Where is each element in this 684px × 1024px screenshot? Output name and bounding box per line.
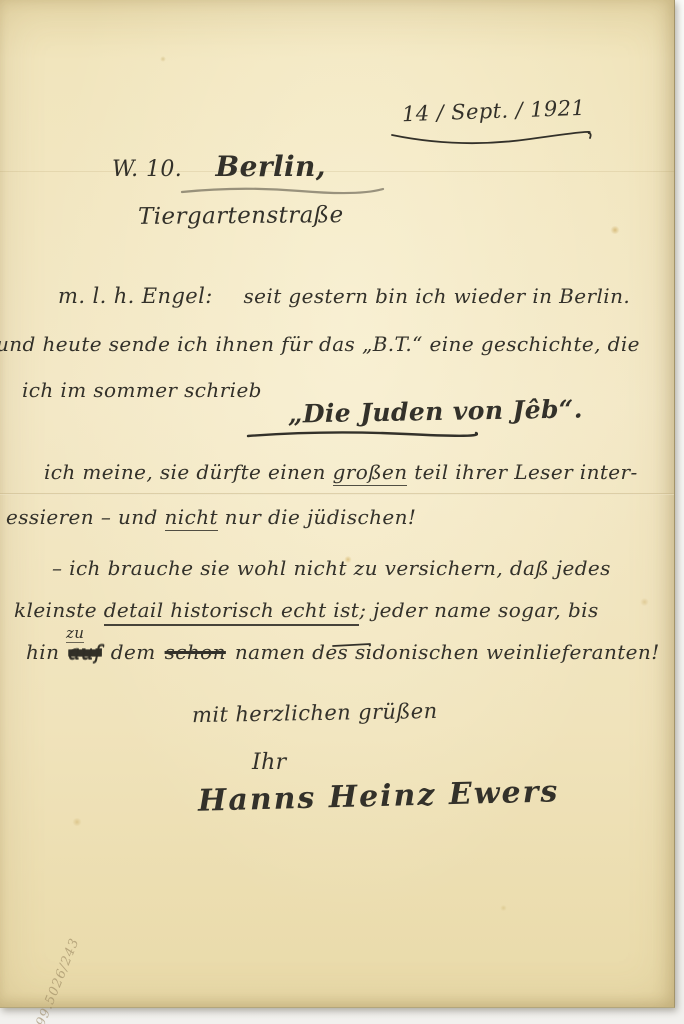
- body-line-8-corrections: hinaufdemschonnamen des sidonischen wein…: [26, 640, 660, 664]
- stain: [160, 56, 166, 62]
- body-text: essieren – und: [6, 505, 165, 529]
- emphasized-word: nicht: [165, 505, 218, 531]
- body-text: ich meine, sie dürfte einen: [44, 460, 333, 484]
- stain: [610, 226, 620, 234]
- emphasized-word: großen: [333, 460, 408, 486]
- stain: [640, 598, 649, 606]
- body-line-7: kleinste detail historisch echt ist; jed…: [14, 598, 599, 622]
- body-text: ; jeder name sogar, bis: [359, 598, 598, 622]
- emphasized-phrase: detail historisch echt ist: [104, 598, 359, 626]
- body-text: teil ihrer Leser inter-: [407, 460, 637, 484]
- stain: [500, 905, 507, 911]
- date-underline-flourish: [390, 129, 592, 151]
- body-text: hin: [26, 640, 59, 664]
- body-line-4: ich meine, sie dürfte einen großen teil …: [44, 460, 638, 484]
- stain: [72, 818, 82, 826]
- letter-scan: { "letter": { "date": "14 / Sept. / 1921…: [0, 0, 684, 1024]
- body-line-5: essieren – und nicht nur die jüdischen!: [6, 505, 416, 529]
- title-underline-flourish: [246, 427, 478, 441]
- body-line-2: und heute sende ich ihnen für das „B.T.“…: [0, 332, 640, 356]
- body-line-3: ich im sommer schrieb: [22, 378, 262, 402]
- body-text: seit gestern bin ich wieder in Berlin.: [244, 284, 631, 308]
- fold-crease-line: [0, 493, 674, 495]
- body-text: namen des sidonischen weinlieferanten!: [235, 640, 660, 664]
- body-line-6: – ich brauche sie wohl nicht zu versiche…: [52, 556, 611, 580]
- story-title: „Die Juden von Jêb“.: [288, 394, 583, 428]
- aged-paper-sheet: [0, 0, 675, 1008]
- body-line-1: m. l. h. Engel: seit gestern bin ich wie…: [58, 284, 630, 308]
- address-street-line: Tiergartenstraße: [138, 202, 344, 230]
- salutation: m. l. h. Engel:: [58, 284, 213, 308]
- address-district: W. 10.: [112, 157, 182, 182]
- closing-greeting: mit herzlichen grüßen: [192, 699, 438, 727]
- address-city: Berlin,: [216, 150, 326, 183]
- struck-word: schon: [165, 640, 226, 664]
- city-underline-flourish: [180, 184, 385, 198]
- closing-pronoun: Ihr: [252, 750, 287, 775]
- struck-word: auf: [68, 640, 101, 664]
- body-text: dem: [111, 640, 156, 664]
- body-text: nur die jüdischen!: [218, 505, 416, 529]
- body-text: kleinste: [14, 598, 104, 622]
- fold-crease-line: [0, 171, 674, 172]
- address-line: W. 10. Berlin,: [112, 150, 326, 183]
- inserted-word-above: zu: [66, 624, 84, 643]
